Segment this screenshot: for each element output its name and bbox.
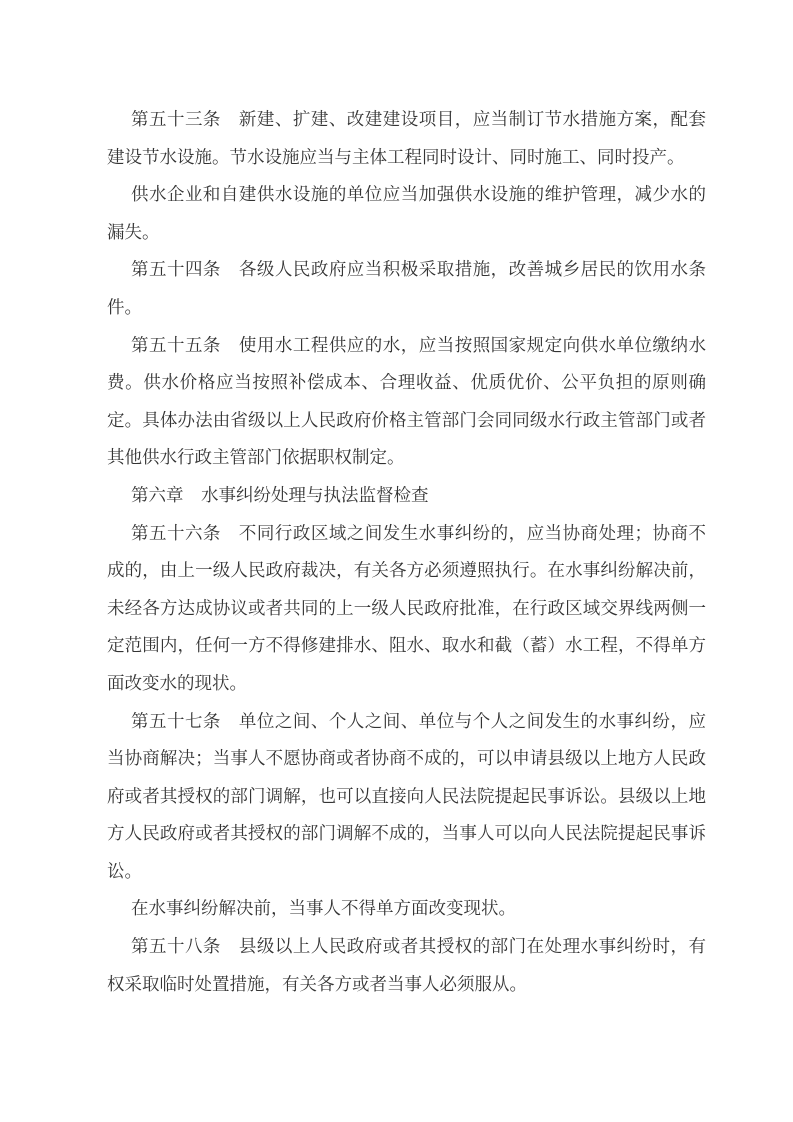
document-page: 第五十三条 新建、扩建、改建建设项目，应当制订节水措施方案，配套建设节水设施。节… [0, 0, 793, 1122]
article-56-paragraph: 第五十六条 不同行政区域之间发生水事纠纷的，应当协商处理；协商不成的，由上一级人… [107, 515, 706, 703]
article-53-paragraph-1: 第五十三条 新建、扩建、改建建设项目，应当制订节水措施方案，配套建设节水设施。节… [107, 101, 706, 176]
document-body: 第五十三条 新建、扩建、改建建设项目，应当制订节水措施方案，配套建设节水设施。节… [107, 101, 706, 1003]
article-55-paragraph: 第五十五条 使用水工程供应的水，应当按照国家规定向供水单位缴纳水费。供水价格应当… [107, 327, 706, 477]
article-58-paragraph: 第五十八条 县级以上人民政府或者其授权的部门在处理水事纠纷时，有权采取临时处置措… [107, 928, 706, 1003]
article-54-paragraph: 第五十四条 各级人民政府应当积极采取措施，改善城乡居民的饮用水条件。 [107, 251, 706, 326]
article-57-paragraph-1: 第五十七条 单位之间、个人之间、单位与个人之间发生的水事纠纷，应当协商解决；当事… [107, 703, 706, 891]
article-57-paragraph-2: 在水事纠纷解决前，当事人不得单方面改变现状。 [107, 890, 706, 928]
chapter-6-heading: 第六章 水事纠纷处理与执法监督检查 [107, 477, 706, 515]
article-53-paragraph-2: 供水企业和自建供水设施的单位应当加强供水设施的维护管理，减少水的漏失。 [107, 176, 706, 251]
